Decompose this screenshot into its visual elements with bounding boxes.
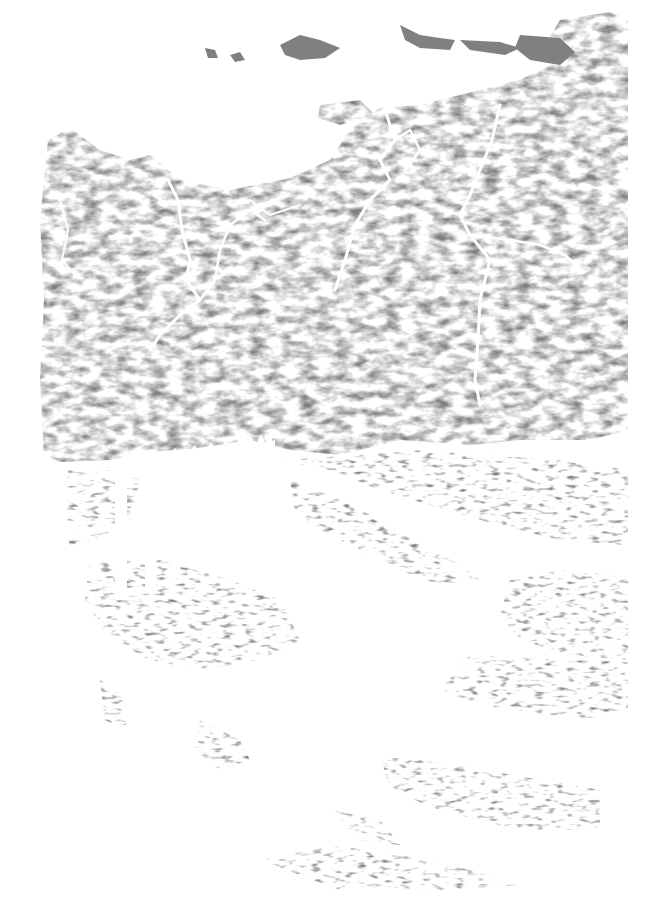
- grunge-storm-illustration: [0, 0, 660, 900]
- storm-sky: [40, 12, 628, 462]
- cloud-fragments: [205, 25, 575, 65]
